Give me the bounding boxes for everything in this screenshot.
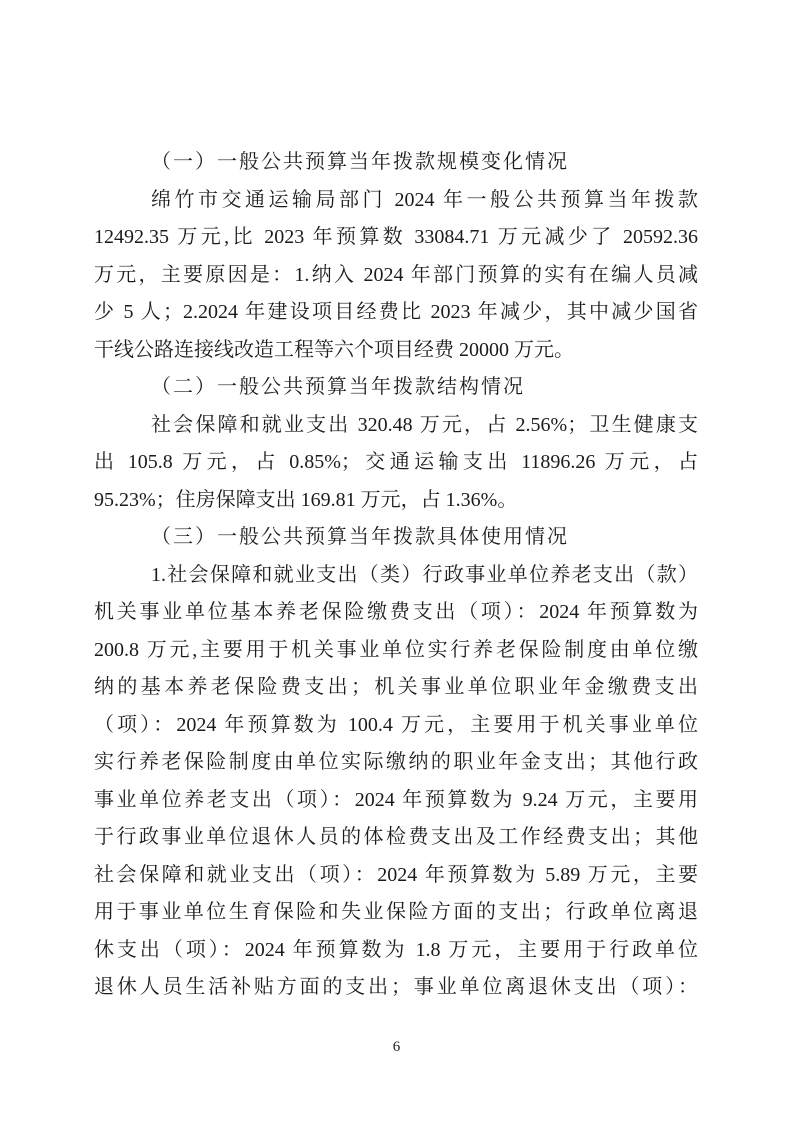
page-content: （一）一般公共预算当年拨款规模变化情况 绵竹市交通运输局部门 2024 年一般公… [94,144,698,1007]
text-line: 机关事业单位基本养老保险缴费支出（项）：2024 年预算数为 [94,594,698,632]
text-line: 万元，主要原因是：1.纳入 2024 年部门预算的实有在编人员减 [94,257,698,295]
text-line: 绵竹市交通运输局部门 2024 年一般公共预算当年拨款 [94,182,698,220]
text-line: 实行养老保险制度由单位实际缴纳的职业年金支出；其他行政 [94,744,698,782]
text-line: 用于事业单位生育保险和失业保险方面的支出；行政单位离退 [94,894,698,932]
section-heading-1: （一）一般公共预算当年拨款规模变化情况 [94,144,698,182]
text-line: 事业单位养老支出（项）：2024 年预算数为 9.24 万元，主要用 [94,782,698,820]
text-line: 社会保障和就业支出（项）：2024 年预算数为 5.89 万元，主要 [94,857,698,895]
page-number: 6 [0,1036,793,1058]
text-line: 纳的基本养老保险费支出；机关事业单位职业年金缴费支出 [94,669,698,707]
text-line: 95.23%；住房保障支出 169.81 万元，占 1.36%。 [94,482,698,520]
section-heading-2: （二）一般公共预算当年拨款结构情况 [94,369,698,407]
text-line: 社会保障和就业支出 320.48 万元，占 2.56%；卫生健康支 [94,407,698,445]
text-line: 出 105.8 万元，占 0.85%；交通运输支出 11896.26 万元，占 [94,444,698,482]
text-line: （项）：2024 年预算数为 100.4 万元，主要用于机关事业单位 [94,707,698,745]
text-line: 1.社会保障和就业支出（类）行政事业单位养老支出（款） [94,557,698,595]
text-line: 12492.35 万元,比 2023 年预算数 33084.71 万元减少了 2… [94,219,698,257]
text-line: 于行政事业单位退休人员的体检费支出及工作经费支出；其他 [94,819,698,857]
text-line: 休支出（项）：2024 年预算数为 1.8 万元，主要用于行政单位 [94,932,698,970]
document-page: （一）一般公共预算当年拨款规模变化情况 绵竹市交通运输局部门 2024 年一般公… [0,0,793,1122]
text-line: 200.8 万元,主要用于机关事业单位实行养老保险制度由单位缴 [94,632,698,670]
text-line: 退休人员生活补贴方面的支出；事业单位离退休支出（项）： [94,969,698,1007]
section-heading-3: （三）一般公共预算当年拨款具体使用情况 [94,519,698,557]
text-line: 少 5 人；2.2024 年建设项目经费比 2023 年减少，其中减少国省 [94,294,698,332]
text-line: 干线公路连接线改造工程等六个项目经费 20000 万元。 [94,332,698,370]
